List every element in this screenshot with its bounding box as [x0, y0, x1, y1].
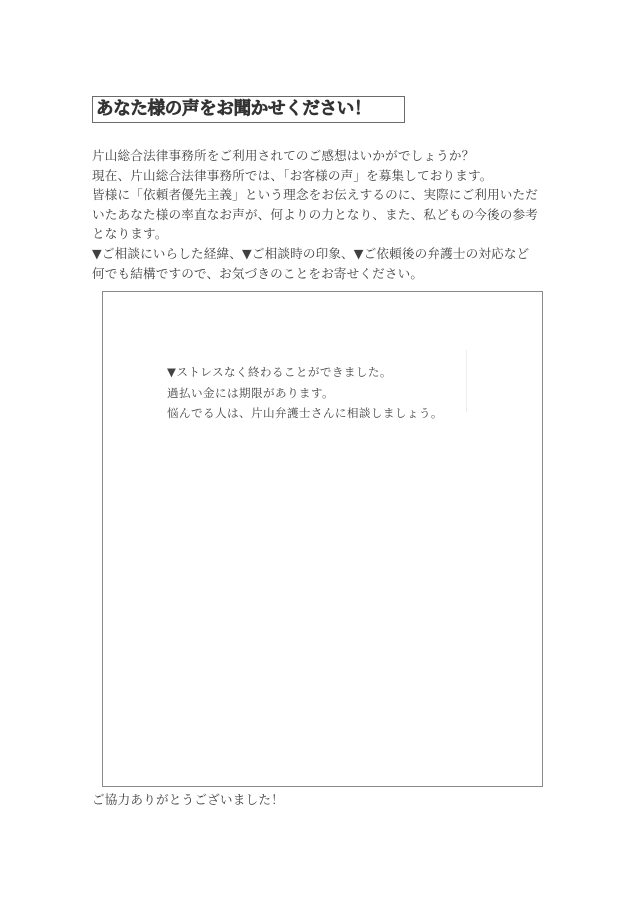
intro-line: となります。: [92, 224, 562, 244]
intro-line: いたあなた様の率直なお声が、何よりの力となり、また、私どもの今後の参考: [92, 205, 562, 225]
comment-line: ▼ストレスなく終わることができました。: [167, 362, 443, 383]
pasted-comment-area: ▼ストレスなく終わることができました。 過払い金には期限があります。 悩んでる人…: [146, 350, 467, 412]
intro-line: 片山総合法律事務所をご利用されてのご感想はいかがでしょうか？: [92, 146, 562, 166]
page-title: あなた様の声をお聞かせください！: [96, 101, 371, 119]
comment-line: 過払い金には期限があります。: [167, 383, 443, 404]
thank-you-note: ご協力ありがとうございました！: [92, 789, 284, 808]
intro-line: ▼ご相談にいらした経緯、▼ご相談時の印象、▼ご依頼後の弁護士の対応など: [92, 244, 562, 264]
intro-paragraph: 片山総合法律事務所をご利用されてのご感想はいかがでしょうか？ 現在、片山総合法律…: [92, 146, 562, 283]
page-title-box: あなた様の声をお聞かせください！: [92, 96, 405, 123]
intro-line: 皆様に「依頼者優先主義」という理念をお伝えするのに、実際にご利用いただ: [92, 185, 562, 205]
customer-comment-box: ▼ストレスなく終わることができました。 過払い金には期限があります。 悩んでる人…: [102, 291, 543, 787]
customer-comment: ▼ストレスなく終わることができました。 過払い金には期限があります。 悩んでる人…: [167, 362, 443, 424]
intro-line: 現在、片山総合法律事務所では、「お客様の声」を募集しております。: [92, 166, 562, 186]
intro-line: 何でも結構ですので、お気づきのことをお寄せください。: [92, 264, 562, 284]
comment-line: 悩んでる人は、片山弁護士さんに相談しましょう。: [167, 403, 443, 424]
